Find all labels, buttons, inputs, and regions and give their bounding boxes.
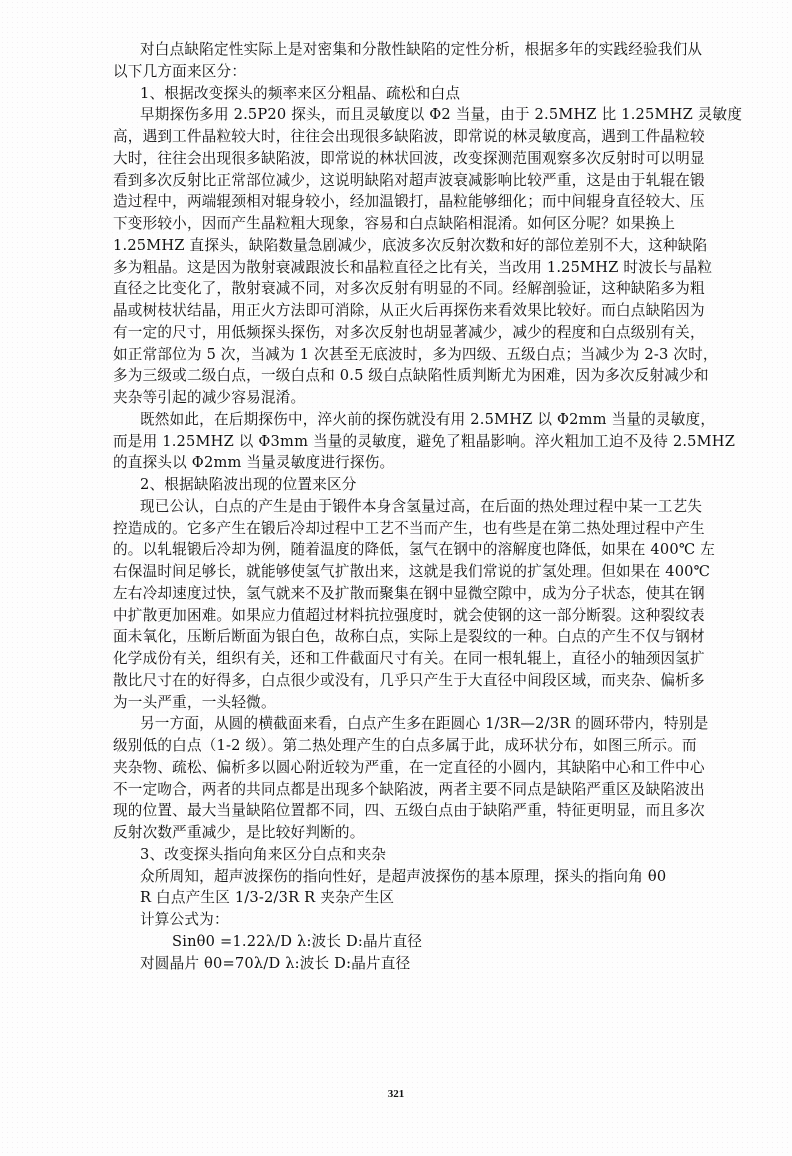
text-line: 的。以轧辊锻后冷却为例，随着温度的降低，氢气在钢中的溶解度也降低，如果在 400… bbox=[113, 539, 673, 561]
text-line: 另一方面，从圆的横截面来看，白点产生多在距圆心 1/3R—2/3R 的圆环带内，… bbox=[113, 713, 673, 735]
text-line: 2、根据缺陷波出现的位置来区分 bbox=[113, 474, 673, 496]
text-line: 如正常部位为 5 次，当减为 1 次甚至无底波时，多为四级、五级白点；当减少为 … bbox=[113, 344, 673, 366]
text-line: 控造成的。它多产生在锻后冷却过程中工艺不当而产生，也有些是在第二热处理过程中产生 bbox=[113, 518, 673, 540]
text-line: 不一定吻合，两者的共同点都是出现多个缺陷波，两者主要不同点是缺陷严重区及缺陷波出 bbox=[113, 779, 673, 801]
text-line: 面未氧化，压断后断面为银白色，故称白点，实际上是裂纹的一种。白点的产生不仅与钢材 bbox=[113, 626, 673, 648]
text-line: 而是用 1.25MHZ 以 Φ3mm 当量的灵敏度，避免了粗晶影响。淬火粗加工迫… bbox=[113, 431, 673, 453]
text-line: 夹杂等引起的减少容易混淆。 bbox=[113, 387, 673, 409]
text-line: 3、改变探头指向角来区分白点和夹杂 bbox=[113, 844, 673, 866]
text-line: 左右冷却速度过快，氢气就来不及扩散而聚集在钢中显微空隙中，成为分子状态，使其在钢 bbox=[113, 583, 673, 605]
text-line: 反射次数严重减少，是比较好判断的。 bbox=[113, 822, 673, 844]
text-line: 右保温时间足够长，就能够使氢气扩散出来，这就是我们常说的扩氢处理。但如果在 40… bbox=[113, 561, 673, 583]
text-line: 夹杂物、疏松、偏析多以圆心附近较为严重，在一定直径的小圆内，其缺陷中心和工件中心 bbox=[113, 757, 673, 779]
text-line: 造过程中，两端辊颈相对辊身较小，经加温锻打，晶粒能够细化；而中间辊身直径较大、压 bbox=[113, 191, 673, 213]
document-page: 对白点缺陷定性实际上是对密集和分散性缺陷的定性分析，根据多年的实践经验我们从以下… bbox=[0, 0, 792, 1156]
text-line: 现已公认，白点的产生是由于锻件本身含氢量过高，在后面的热处理过程中某一工艺失 bbox=[113, 496, 673, 518]
text-line: 大时，往往会出现很多缺陷波，即常说的林状回波，改变探测范围观察多次反射时可以明显 bbox=[113, 148, 673, 170]
text-line: 对圆晶片 θ0=70λ/D λ:波长 D:晶片直径 bbox=[113, 953, 673, 975]
page-number: 321 bbox=[0, 1088, 792, 1100]
text-line: 众所周知，超声波探伤的指向性好，是超声波探伤的基本原理，探头的指向角 θ0 bbox=[113, 866, 673, 888]
text-line: 多为三级或二级白点，一级白点和 0.5 级白点缺陷性质判断尤为困难，因为多次反射… bbox=[113, 365, 673, 387]
text-line: 以下几方面来区分： bbox=[113, 61, 673, 83]
text-line: 中扩散更加困难。如果应力值超过材料抗拉强度时，就会使钢的这一部分断裂。这种裂纹表 bbox=[113, 605, 673, 627]
text-line: 的直探头以 Φ2mm 当量灵敏度进行探伤。 bbox=[113, 452, 673, 474]
text-line: R 白点产生区 1/3-2/3R R 夹杂产生区 bbox=[113, 887, 673, 909]
text-line: 下变形较小，因而产生晶粒粗大现象，容易和白点缺陷相混淆。如何区分呢？如果换上 bbox=[113, 213, 673, 235]
text-line: 散比尺寸在的好得多，白点很少或没有，几乎只产生于大直径中间段区域，而夹杂、偏析多 bbox=[113, 670, 673, 692]
text-line: 1、根据改变探头的频率来区分粗晶、疏松和白点 bbox=[113, 83, 673, 105]
text-line: 直径之比变化了，散射衰减不同，对多次反射有明显的不同。经解剖验证，这种缺陷多为粗 bbox=[113, 278, 673, 300]
text-line: 早期探伤多用 2.5P20 探头，而且灵敏度以 Φ2 当量，由于 2.5MHZ … bbox=[113, 104, 673, 126]
text-line: 晶或树枝状结晶，用正火方法即可消除，从正火后再探伤来看效果比较好。而白点缺陷因为 bbox=[113, 300, 673, 322]
text-line: 为一头严重，一头轻微。 bbox=[113, 692, 673, 714]
text-line: 化学成份有关，组织有关，还和工件截面尺寸有关。在同一根轧辊上，直径小的轴颈因氢扩 bbox=[113, 648, 673, 670]
text-line: 现的位置、最大当量缺陷位置都不同，四、五级白点由于缺陷严重，特征更明显，而且多次 bbox=[113, 800, 673, 822]
text-line: Sinθ0 =1.22λ/D λ:波长 D:晶片直径 bbox=[113, 931, 673, 953]
text-line: 级别低的白点（1-2 级）。第二热处理产生的白点多属于此，成环状分布，如图三所示… bbox=[113, 735, 673, 757]
text-line: 高，遇到工件晶粒较大时，往往会出现很多缺陷波，即常说的林灵敏度高，遇到工件晶粒较 bbox=[113, 126, 673, 148]
text-line: 看到多次反射比正常部位减少，这说明缺陷对超声波衰减影响比较严重，这是由于轧辊在锻 bbox=[113, 170, 673, 192]
text-line: 多为粗晶。这是因为散射衰减跟波长和晶粒直径之比有关，当改用 1.25MHZ 时波… bbox=[113, 257, 673, 279]
text-line: 1.25MHZ 直探头，缺陷数量急剧减少，底波多次反射次数和好的部位差别不大，这… bbox=[113, 235, 673, 257]
body-text: 对白点缺陷定性实际上是对密集和分散性缺陷的定性分析，根据多年的实践经验我们从以下… bbox=[113, 39, 673, 974]
text-line: 有一定的尺寸，用低频探头探伤，对多次反射也胡显著减少，减少的程度和白点级别有关， bbox=[113, 322, 673, 344]
text-line: 对白点缺陷定性实际上是对密集和分散性缺陷的定性分析，根据多年的实践经验我们从 bbox=[113, 39, 673, 61]
text-line: 计算公式为： bbox=[113, 909, 673, 931]
text-line: 既然如此，在后期探伤中，淬火前的探伤就没有用 2.5MHZ 以 Φ2mm 当量的… bbox=[113, 409, 673, 431]
